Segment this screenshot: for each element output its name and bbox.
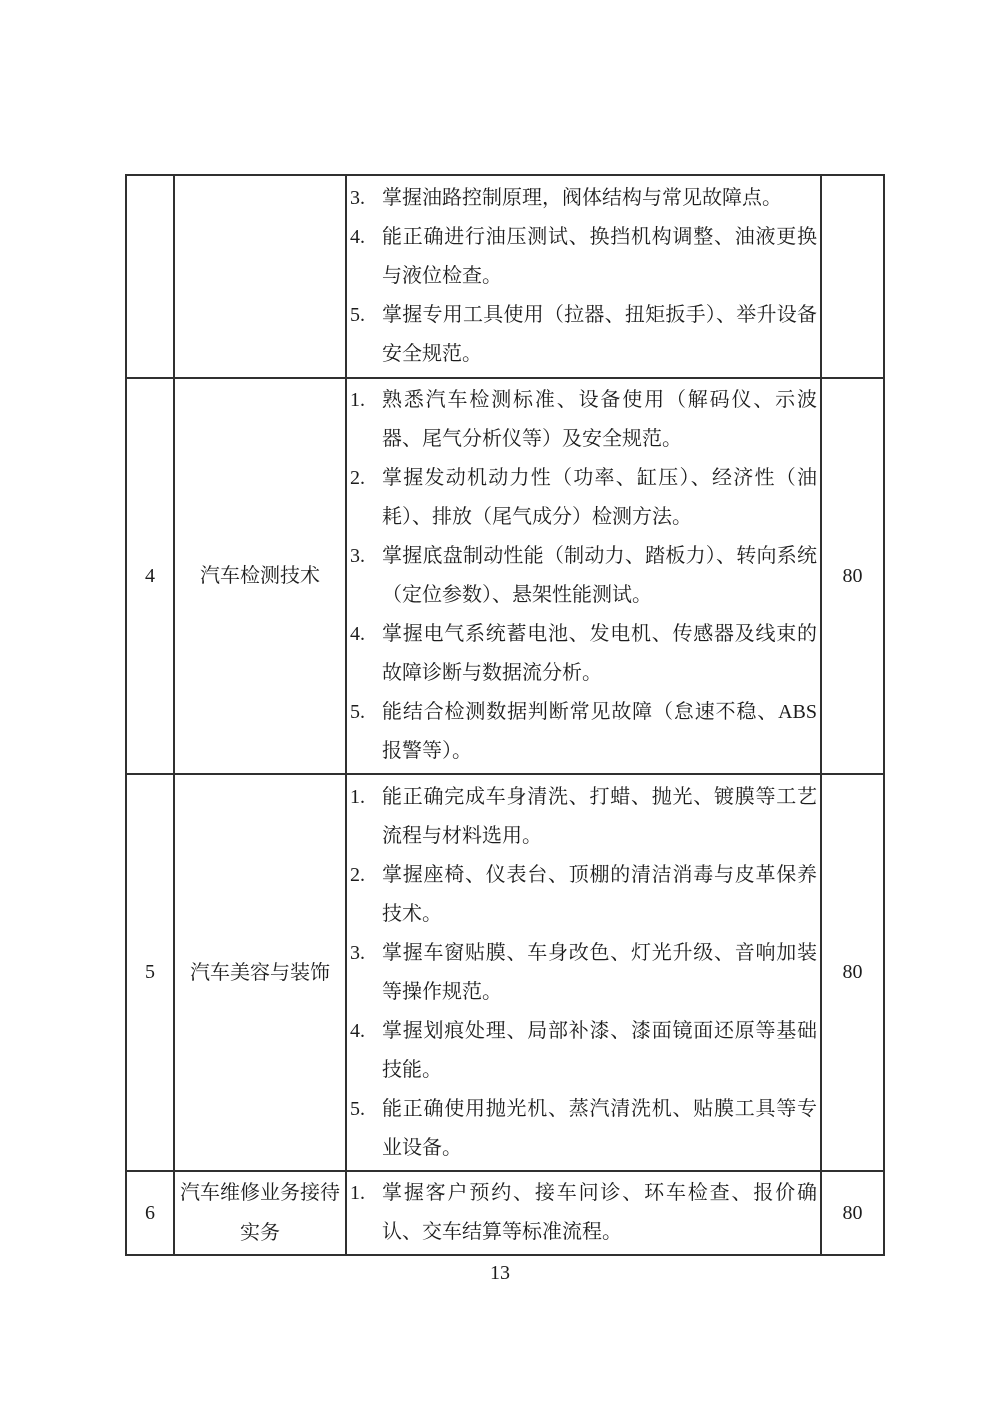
- cell-score: 80: [821, 1171, 884, 1255]
- list-item: 4. 掌握划痕处理、局部补漆、漆面镜面还原等基础技能。: [347, 1012, 817, 1090]
- item-number: 4.: [350, 1012, 380, 1051]
- item-number: 5.: [350, 1090, 380, 1129]
- item-number: 1.: [350, 1174, 380, 1213]
- item-text: 掌握车窗贴膜、车身改色、灯光升级、音响加装等操作规范。: [382, 942, 817, 1003]
- table-row-5: 5 汽车美容与装饰 1. 能正确完成车身清洗、打蜡、抛光、镀膜等工艺流程与材料选…: [126, 774, 884, 1171]
- list-item: 1. 能正确完成车身清洗、打蜡、抛光、镀膜等工艺流程与材料选用。: [347, 778, 817, 856]
- item-number: 4.: [350, 615, 380, 654]
- table-row-6: 6 汽车维修业务接待实务 1. 掌握客户预约、接车问诊、环车检查、报价确认、交车…: [126, 1171, 884, 1255]
- item-number: 5.: [350, 296, 380, 335]
- list-item: 5. 能结合检测数据判断常见故障（怠速不稳、ABS 报警等）。: [347, 693, 817, 771]
- cell-course: 汽车维修业务接待实务: [174, 1171, 346, 1255]
- list-item: 1. 熟悉汽车检测标准、设备使用（解码仪、示波器、尾气分析仪等）及安全规范。: [347, 381, 817, 459]
- cell-content: 1. 熟悉汽车检测标准、设备使用（解码仪、示波器、尾气分析仪等）及安全规范。 2…: [346, 378, 821, 774]
- page-number: 13: [0, 1262, 1000, 1285]
- list-item: 1. 掌握客户预约、接车问诊、环车检查、报价确认、交车结算等标准流程。: [347, 1174, 817, 1252]
- cell-score: [821, 175, 884, 378]
- item-text: 能正确使用抛光机、蒸汽清洗机、贴膜工具等专业设备。: [382, 1098, 817, 1159]
- content-table: 3. 掌握油路控制原理，阀体结构与常见故障点。 4. 能正确进行油压测试、换挡机…: [125, 174, 885, 1256]
- list-item: 4. 能正确进行油压测试、换挡机构调整、油液更换与液位检查。: [347, 218, 817, 296]
- item-number: 2.: [350, 856, 380, 895]
- cell-course: 汽车美容与装饰: [174, 774, 346, 1171]
- list-item: 3. 掌握底盘制动性能（制动力、踏板力）、转向系统（定位参数）、悬架性能测试。: [347, 537, 817, 615]
- list-item: 2. 掌握座椅、仪表台、顶棚的清洁消毒与皮革保养技术。: [347, 856, 817, 934]
- item-number: 2.: [350, 459, 380, 498]
- item-text: 掌握座椅、仪表台、顶棚的清洁消毒与皮革保养技术。: [382, 864, 817, 925]
- cell-content: 1. 掌握客户预约、接车问诊、环车检查、报价确认、交车结算等标准流程。: [346, 1171, 821, 1255]
- item-number: 1.: [350, 778, 380, 817]
- item-number: 4.: [350, 218, 380, 257]
- item-number: 3.: [350, 934, 380, 973]
- list-item: 4. 掌握电气系统蓄电池、发电机、传感器及线束的故障诊断与数据流分析。: [347, 615, 817, 693]
- document-page: 3. 掌握油路控制原理，阀体结构与常见故障点。 4. 能正确进行油压测试、换挡机…: [0, 0, 1000, 1414]
- cell-index: 4: [126, 378, 174, 774]
- cell-index: [126, 175, 174, 378]
- item-text: 掌握发动机动力性（功率、缸压）、经济性（油耗）、排放（尾气成分）检测方法。: [382, 467, 817, 528]
- item-text: 能正确进行油压测试、换挡机构调整、油液更换与液位检查。: [382, 226, 817, 287]
- table-row-continuation: 3. 掌握油路控制原理，阀体结构与常见故障点。 4. 能正确进行油压测试、换挡机…: [126, 175, 884, 378]
- item-number: 5.: [350, 693, 380, 732]
- cell-index: 6: [126, 1171, 174, 1255]
- item-text: 掌握底盘制动性能（制动力、踏板力）、转向系统（定位参数）、悬架性能测试。: [382, 545, 817, 606]
- cell-index: 5: [126, 774, 174, 1171]
- item-text: 能正确完成车身清洗、打蜡、抛光、镀膜等工艺流程与材料选用。: [382, 786, 817, 847]
- item-number: 3.: [350, 179, 380, 218]
- list-item: 3. 掌握油路控制原理，阀体结构与常见故障点。: [347, 179, 817, 218]
- list-item: 2. 掌握发动机动力性（功率、缸压）、经济性（油耗）、排放（尾气成分）检测方法。: [347, 459, 817, 537]
- cell-content: 1. 能正确完成车身清洗、打蜡、抛光、镀膜等工艺流程与材料选用。 2. 掌握座椅…: [346, 774, 821, 1171]
- list-item: 5. 掌握专用工具使用（拉器、扭矩扳手）、举升设备安全规范。: [347, 296, 817, 374]
- cell-score: 80: [821, 378, 884, 774]
- item-text: 掌握电气系统蓄电池、发电机、传感器及线束的故障诊断与数据流分析。: [382, 623, 817, 684]
- item-text: 掌握客户预约、接车问诊、环车检查、报价确认、交车结算等标准流程。: [382, 1182, 817, 1243]
- item-text: 掌握划痕处理、局部补漆、漆面镜面还原等基础技能。: [382, 1020, 817, 1081]
- cell-content: 3. 掌握油路控制原理，阀体结构与常见故障点。 4. 能正确进行油压测试、换挡机…: [346, 175, 821, 378]
- list-item: 5. 能正确使用抛光机、蒸汽清洗机、贴膜工具等专业设备。: [347, 1090, 817, 1168]
- item-number: 1.: [350, 381, 380, 420]
- cell-score: 80: [821, 774, 884, 1171]
- item-text: 掌握专用工具使用（拉器、扭矩扳手）、举升设备安全规范。: [382, 304, 817, 365]
- table-row-4: 4 汽车检测技术 1. 熟悉汽车检测标准、设备使用（解码仪、示波器、尾气分析仪等…: [126, 378, 884, 774]
- item-text: 能结合检测数据判断常见故障（怠速不稳、ABS 报警等）。: [382, 701, 817, 762]
- item-text: 掌握油路控制原理，阀体结构与常见故障点。: [382, 187, 782, 209]
- cell-course: 汽车检测技术: [174, 378, 346, 774]
- item-number: 3.: [350, 537, 380, 576]
- cell-course: [174, 175, 346, 378]
- list-item: 3. 掌握车窗贴膜、车身改色、灯光升级、音响加装等操作规范。: [347, 934, 817, 1012]
- item-text: 熟悉汽车检测标准、设备使用（解码仪、示波器、尾气分析仪等）及安全规范。: [382, 389, 817, 450]
